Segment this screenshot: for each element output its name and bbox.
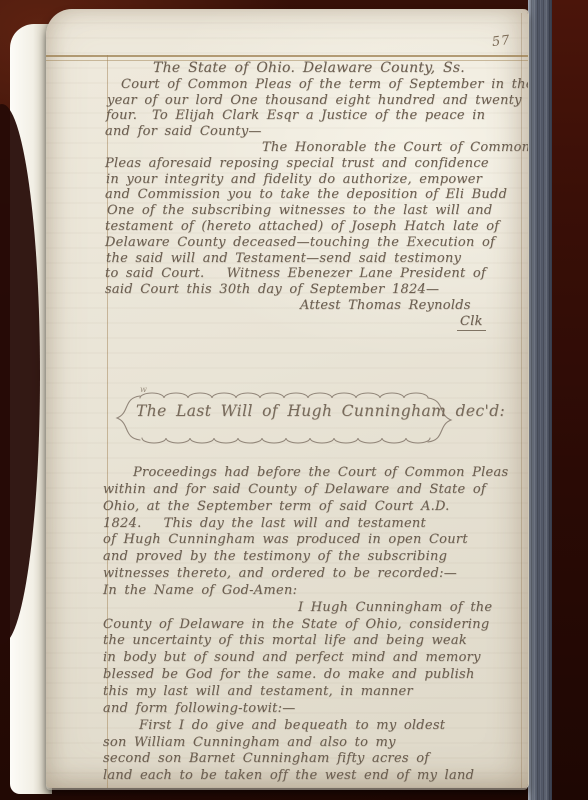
handwriting-line: Pleas aforesaid reposing special trust a… — [105, 156, 525, 172]
handwriting-line: the said will and Testament—send said te… — [105, 251, 525, 267]
handwriting-line: son William Cunningham and also to my — [103, 735, 527, 752]
book-cover-right — [552, 0, 588, 800]
handwriting-line: One of the subscribing witnesses to the … — [105, 203, 525, 219]
will-title-text: The Last Will of Hugh Cunningham dec'd: — [136, 402, 436, 420]
handwriting-line: blessed be God for the same. do make and… — [103, 667, 527, 684]
book-page-edges — [528, 0, 552, 800]
will-probate-record: Proceedings had before the Court of Comm… — [103, 465, 527, 785]
attest-signature: Attest Thomas Reynolds — [105, 298, 525, 314]
scanned-book-photo: 57 The State of Ohio. Delaware County, S… — [0, 0, 588, 800]
handwriting-line: said Court this 30th day of September 18… — [105, 282, 525, 298]
handwriting-line: and for said County— — [105, 124, 525, 140]
handwriting-line: of Hugh Cunningham was produced in open … — [103, 532, 527, 549]
handwriting-line: testament of (hereto attached) of Joseph… — [105, 219, 525, 235]
handwriting-line: Ohio, at the September term of said Cour… — [103, 499, 527, 516]
handwriting-line: Proceedings had before the Court of Comm… — [103, 465, 527, 482]
handwriting-line: In the Name of God-Amen: — [103, 583, 527, 600]
handwriting-line: The State of Ohio. Delaware County, Ss. — [105, 61, 525, 77]
handwriting-line: County of Delaware in the State of Ohio,… — [103, 617, 527, 634]
handwriting-line: four. To Elijah Clark Esqr a Justice of … — [105, 108, 525, 124]
handwriting-line: second son Barnet Cunningham fifty acres… — [103, 751, 527, 768]
clerk-signature: Clk — [105, 314, 525, 330]
handwriting-line: and proved by the testimony of the subsc… — [103, 549, 527, 566]
handwriting-line: I Hugh Cunningham of the — [103, 600, 527, 617]
page-number: 57 — [491, 33, 511, 50]
handwriting-line: year of our lord One thousand eight hund… — [105, 93, 525, 109]
handwriting-line: in body but of sound and perfect mind an… — [103, 650, 527, 667]
handwriting-line: land each to be taken off the west end o… — [103, 768, 527, 785]
court-commission-record: The State of Ohio. Delaware County, Ss. … — [105, 61, 525, 330]
handwriting-line: and Commission you to take the depositio… — [105, 187, 525, 203]
handwriting-line: Court of Common Pleas of the term of Sep… — [105, 77, 525, 93]
ledger-page: 57 The State of Ohio. Delaware County, S… — [46, 9, 528, 788]
insertion-mark: w — [140, 385, 147, 394]
handwriting-line: within and for said County of Delaware a… — [103, 482, 527, 499]
handwriting-line: witnesses thereto, and ordered to be rec… — [103, 566, 527, 583]
handwriting-line: 1824. This day the last will and testame… — [103, 516, 527, 533]
will-title-box: w The Last Will of Hugh Cunningham dec'd… — [110, 385, 458, 451]
handwriting-line: the uncertainty of this mortal life and … — [103, 633, 527, 650]
handwriting-line: Delaware County deceased—touching the Ex… — [105, 235, 525, 251]
handwriting-line: to said Court. Witness Ebenezer Lane Pre… — [105, 266, 525, 282]
handwriting-line: and form following-towit:— — [103, 701, 527, 718]
handwriting-line: this my last will and testament, in mann… — [103, 684, 527, 701]
handwriting-line: First I do give and bequeath to my oldes… — [103, 718, 527, 735]
handwriting-line: The Honorable the Court of Common — [105, 140, 525, 156]
handwriting-line: in your integrity and fidelity do author… — [105, 172, 525, 188]
